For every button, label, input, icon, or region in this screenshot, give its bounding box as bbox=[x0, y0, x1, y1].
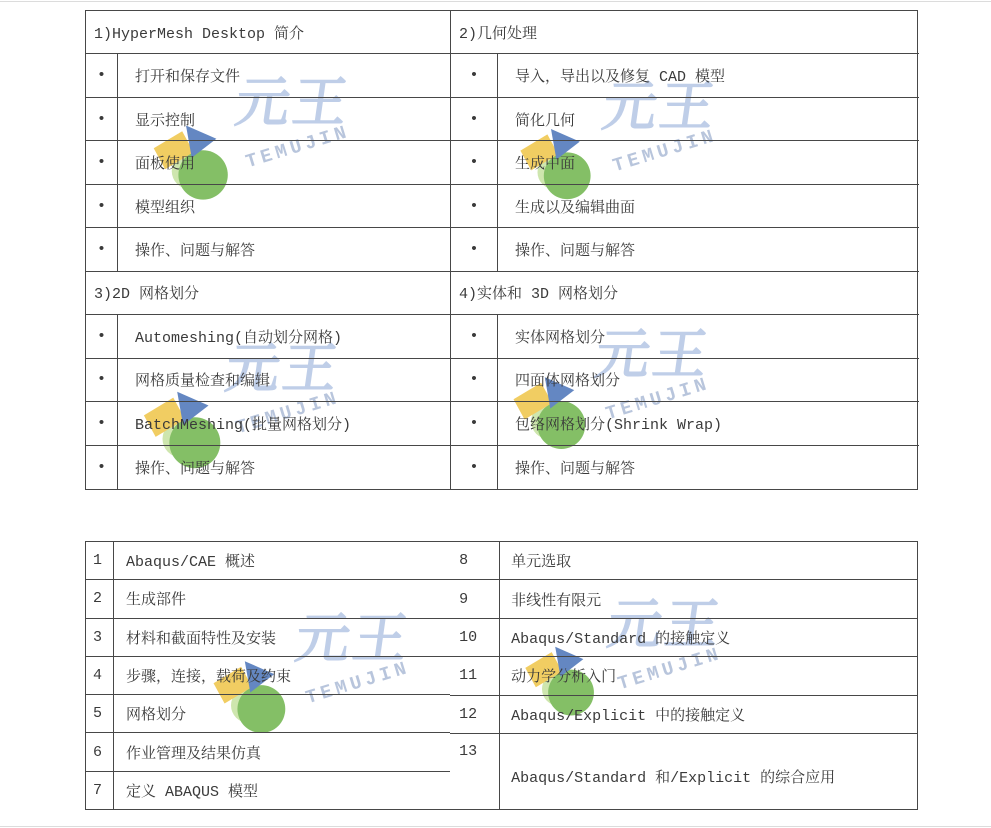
table-row: 1 Abaqus/CAE 概述 bbox=[86, 542, 450, 580]
table-row: 6 作业管理及结果仿真 bbox=[86, 733, 450, 771]
outline-item: 操作、问题与解答 bbox=[118, 446, 451, 489]
section-header-3d-meshing: 4)实体和 3D 网格划分 bbox=[451, 272, 919, 315]
row-number: 8 bbox=[450, 542, 500, 579]
outline-item: 操作、问题与解答 bbox=[118, 228, 451, 271]
chapter-list-table: 1 Abaqus/CAE 概述 2 生成部件 3 材料和截面特性及安装 4 步骤… bbox=[85, 541, 918, 810]
bullet-icon: • bbox=[451, 54, 498, 97]
row-number: 7 bbox=[86, 772, 114, 809]
bullet-icon: • bbox=[86, 402, 118, 445]
bullet-icon: • bbox=[451, 402, 498, 445]
row-number: 1 bbox=[86, 542, 114, 579]
bullet-icon: • bbox=[86, 315, 118, 358]
row-text: Abaqus/Explicit 中的接触定义 bbox=[500, 696, 917, 733]
page-bottom-edge bbox=[0, 826, 991, 827]
outline-item: 模型组织 bbox=[118, 185, 451, 228]
section-header-2d-meshing: 3)2D 网格划分 bbox=[86, 272, 451, 315]
bullet-icon: • bbox=[451, 228, 498, 271]
table-row: 11 动力学分析入门 bbox=[450, 657, 917, 695]
table-row: 4 步骤，连接，载荷及约束 bbox=[86, 657, 450, 695]
row-text: Abaqus/Standard 和/Explicit 的综合应用 bbox=[500, 734, 917, 809]
bullet-icon: • bbox=[86, 185, 118, 228]
table-row: 9 非线性有限元 bbox=[450, 580, 917, 618]
row-number: 5 bbox=[86, 695, 114, 732]
outline-item: 导入，导出以及修复 CAD 模型 bbox=[498, 54, 919, 97]
table-row-merged: 13 Abaqus/Standard 和/Explicit 的综合应用 bbox=[450, 734, 917, 809]
bullet-icon: • bbox=[86, 446, 118, 489]
table-row: 3 材料和截面特性及安装 bbox=[86, 619, 450, 657]
row-number: 13 bbox=[450, 734, 500, 809]
row-number: 11 bbox=[450, 657, 500, 694]
row-text: 定义 ABAQUS 模型 bbox=[114, 772, 450, 809]
row-text: 作业管理及结果仿真 bbox=[114, 733, 450, 770]
page-top-edge bbox=[0, 1, 991, 2]
bullet-icon: • bbox=[451, 446, 498, 489]
row-text: 非线性有限元 bbox=[500, 580, 917, 617]
row-number: 6 bbox=[86, 733, 114, 770]
bullet-icon: • bbox=[451, 315, 498, 358]
table-row: 2 生成部件 bbox=[86, 580, 450, 618]
document-page: 元王 TEMUJIN 元王 TEMUJIN 元王 TEMUJIN 元王 T bbox=[0, 0, 991, 828]
bullet-icon: • bbox=[451, 98, 498, 141]
outline-item: BatchMeshing(批量网格划分) bbox=[118, 402, 451, 445]
row-number: 9 bbox=[450, 580, 500, 617]
table-row: 8 单元选取 bbox=[450, 542, 917, 580]
outline-item: 生成以及编辑曲面 bbox=[498, 185, 919, 228]
bullet-icon: • bbox=[86, 141, 118, 184]
bullet-icon: • bbox=[86, 98, 118, 141]
bullet-icon: • bbox=[86, 54, 118, 97]
section-header-geometry: 2)几何处理 bbox=[451, 11, 919, 54]
row-text: 步骤，连接，载荷及约束 bbox=[114, 657, 450, 694]
row-number: 4 bbox=[86, 657, 114, 694]
outline-item: 显示控制 bbox=[118, 98, 451, 141]
table-row: 5 网格划分 bbox=[86, 695, 450, 733]
row-number: 3 bbox=[86, 619, 114, 656]
bullet-icon: • bbox=[451, 359, 498, 402]
chapter-list-right-column: 8 单元选取 9 非线性有限元 10 Abaqus/Standard 的接触定义… bbox=[450, 542, 917, 809]
table-row: 10 Abaqus/Standard 的接触定义 bbox=[450, 619, 917, 657]
row-number: 10 bbox=[450, 619, 500, 656]
outline-item: 简化几何 bbox=[498, 98, 919, 141]
row-text: 单元选取 bbox=[500, 542, 917, 579]
bullet-icon: • bbox=[86, 228, 118, 271]
chapter-list-left-column: 1 Abaqus/CAE 概述 2 生成部件 3 材料和截面特性及安装 4 步骤… bbox=[86, 542, 450, 809]
bullet-icon: • bbox=[86, 359, 118, 402]
row-text: 网格划分 bbox=[114, 695, 450, 732]
course-outline-table: 1)HyperMesh Desktop 简介 2)几何处理 • 打开和保存文件 … bbox=[85, 10, 918, 490]
row-text: Abaqus/CAE 概述 bbox=[114, 542, 450, 579]
outline-item: 包络网格划分(Shrink Wrap) bbox=[498, 402, 919, 445]
row-number: 2 bbox=[86, 580, 114, 617]
row-text: 动力学分析入门 bbox=[500, 657, 917, 694]
outline-item: 生成中面 bbox=[498, 141, 919, 184]
row-text: Abaqus/Standard 的接触定义 bbox=[500, 619, 917, 656]
table-row: 12 Abaqus/Explicit 中的接触定义 bbox=[450, 696, 917, 734]
section-header-hypermesh-intro: 1)HyperMesh Desktop 简介 bbox=[86, 11, 451, 54]
row-text: 材料和截面特性及安装 bbox=[114, 619, 450, 656]
outline-item: 面板使用 bbox=[118, 141, 451, 184]
outline-item: Automeshing(自动划分网格) bbox=[118, 315, 451, 358]
outline-item: 网格质量检查和编辑 bbox=[118, 359, 451, 402]
outline-item: 打开和保存文件 bbox=[118, 54, 451, 97]
row-number: 12 bbox=[450, 696, 500, 733]
table-row: 7 定义 ABAQUS 模型 bbox=[86, 772, 450, 809]
outline-item: 四面体网格划分 bbox=[498, 359, 919, 402]
outline-item: 操作、问题与解答 bbox=[498, 228, 919, 271]
bullet-icon: • bbox=[451, 185, 498, 228]
row-text: 生成部件 bbox=[114, 580, 450, 617]
outline-item: 实体网格划分 bbox=[498, 315, 919, 358]
bullet-icon: • bbox=[451, 141, 498, 184]
outline-item: 操作、问题与解答 bbox=[498, 446, 919, 489]
